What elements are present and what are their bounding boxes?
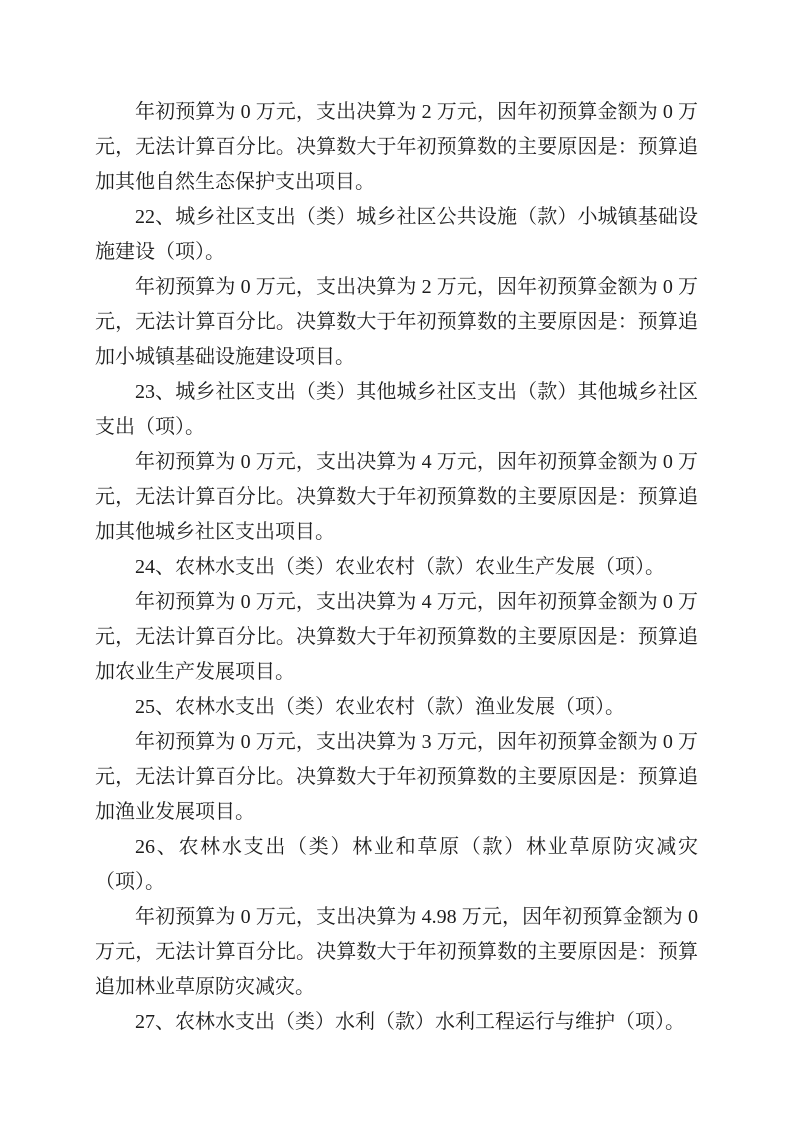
- paragraph-item-26-heading: 26、农林水支出（类）林业和草原（款）林业草原防灾减灾（项）。: [95, 830, 698, 900]
- document-page: 年初预算为 0 万元，支出决算为 2 万元，因年初预算金额为 0 万元，无法计算…: [0, 0, 793, 1122]
- paragraph-item-24-body: 年初预算为 0 万元，支出决算为 4 万元，因年初预算金额为 0 万元，无法计算…: [95, 585, 698, 690]
- paragraph-item-22-body: 年初预算为 0 万元，支出决算为 2 万元，因年初预算金额为 0 万元，无法计算…: [95, 270, 698, 375]
- paragraph-item-23-heading: 23、城乡社区支出（类）其他城乡社区支出（款）其他城乡社区支出（项）。: [95, 375, 698, 445]
- paragraph-item-27-heading: 27、农林水支出（类）水利（款）水利工程运行与维护（项）。: [95, 1005, 698, 1040]
- paragraph-item-22-heading: 22、城乡社区支出（类）城乡社区公共设施（款）小城镇基础设施建设（项）。: [95, 200, 698, 270]
- document-text-block: 年初预算为 0 万元，支出决算为 2 万元，因年初预算金额为 0 万元，无法计算…: [95, 95, 698, 1040]
- paragraph-item-25-body: 年初预算为 0 万元，支出决算为 3 万元，因年初预算金额为 0 万元，无法计算…: [95, 725, 698, 830]
- paragraph-item-26-body: 年初预算为 0 万元，支出决算为 4.98 万元，因年初预算金额为 0 万元，无…: [95, 900, 698, 1005]
- paragraph-item-23-body: 年初预算为 0 万元，支出决算为 4 万元，因年初预算金额为 0 万元，无法计算…: [95, 445, 698, 550]
- paragraph-item-24-heading: 24、农林水支出（类）农业农村（款）农业生产发展（项）。: [95, 550, 698, 585]
- paragraph-body-continuation: 年初预算为 0 万元，支出决算为 2 万元，因年初预算金额为 0 万元，无法计算…: [95, 95, 698, 200]
- paragraph-item-25-heading: 25、农林水支出（类）农业农村（款）渔业发展（项）。: [95, 690, 698, 725]
